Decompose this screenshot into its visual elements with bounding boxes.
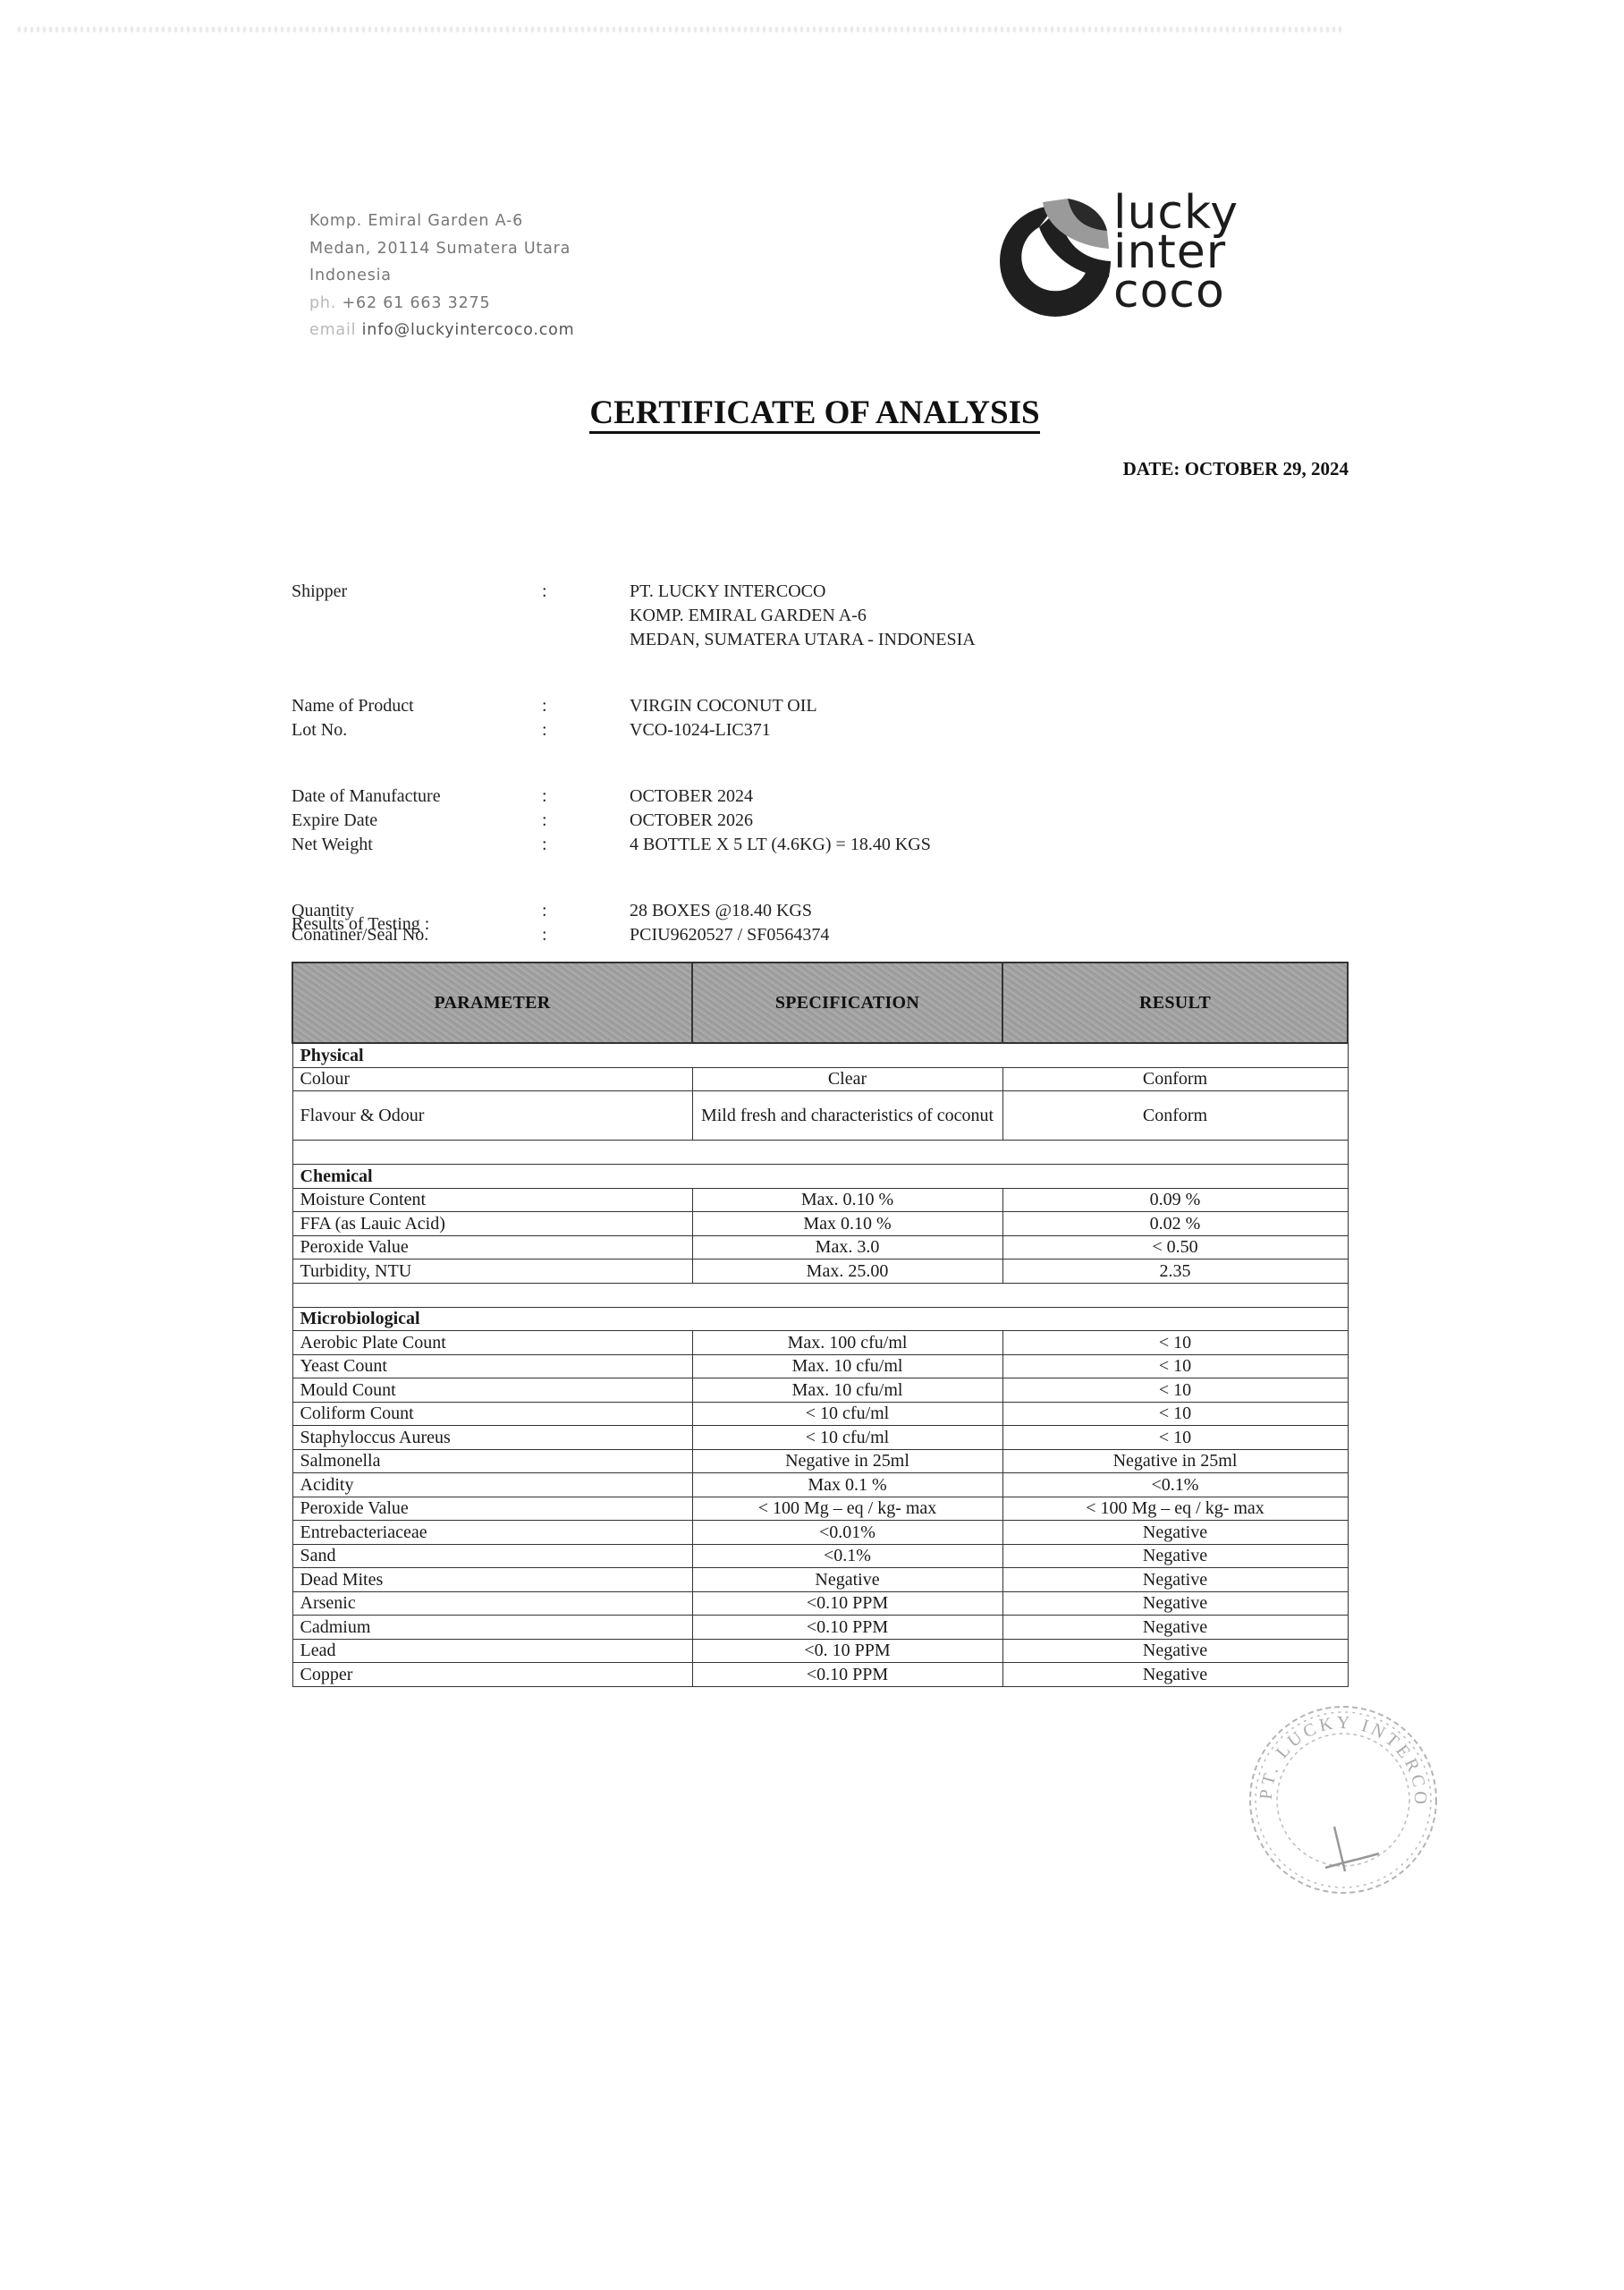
cell-parameter: Dead Mites	[292, 1568, 692, 1592]
cell-specification: < 100 Mg – eq / kg- max	[692, 1497, 1002, 1521]
lucky-intercoco-logo-mark-icon	[984, 190, 1127, 333]
table-section-row: Physical	[292, 1043, 1348, 1067]
field-label: Date of Manufacture	[292, 785, 542, 809]
table-row: Yeast CountMax. 10 cfu/ml< 10	[292, 1354, 1348, 1378]
field-colon: :	[542, 785, 630, 809]
field-label: Shipper	[292, 580, 542, 652]
cell-result: Negative	[1002, 1591, 1348, 1616]
document-title: CERTIFICATE OF ANALYSIS	[589, 394, 1039, 434]
table-header-row: PARAMETER SPECIFICATION RESULT	[292, 963, 1348, 1043]
cell-result: Negative	[1002, 1521, 1348, 1545]
cell-parameter: Aerobic Plate Count	[292, 1331, 692, 1355]
cell-parameter: Staphyloccus Aureus	[292, 1426, 692, 1450]
section-title: Microbiological	[292, 1307, 1348, 1331]
field-colon: :	[542, 694, 630, 718]
field-lot: Lot No. : VCO-1024-LIC371	[292, 718, 976, 742]
table-body: PhysicalColourClearConformFlavour & Odou…	[292, 1043, 1348, 1686]
table-row: Mould CountMax. 10 cfu/ml< 10	[292, 1378, 1348, 1403]
field-manufacture-date: Date of Manufacture : OCTOBER 2024	[292, 785, 976, 809]
field-value: 28 BOXES @18.40 KGS	[630, 899, 812, 923]
cell-specification: Max 0.1 %	[692, 1473, 1002, 1497]
table-spacer-row	[292, 1141, 1348, 1165]
shipment-details: Shipper : PT. LUCKY INTERCOCO KOMP. EMIR…	[292, 580, 976, 947]
field-shipper: Shipper : PT. LUCKY INTERCOCO KOMP. EMIR…	[292, 580, 976, 652]
table-row: Peroxide Value< 100 Mg – eq / kg- max< 1…	[292, 1497, 1348, 1521]
spacer-cell	[292, 1141, 1348, 1165]
cell-parameter: Entrebacteriaceae	[292, 1521, 692, 1545]
section-title: Chemical	[292, 1165, 1348, 1189]
cell-result: Negative	[1002, 1639, 1348, 1663]
company-address: Komp. Emiral Garden A-6 Medan, 20114 Sum…	[309, 208, 574, 344]
cell-specification: Mild fresh and characteristics of coconu…	[692, 1091, 1002, 1141]
field-colon: :	[542, 899, 630, 923]
cell-specification: < 10 cfu/ml	[692, 1426, 1002, 1450]
field-expire-date: Expire Date : OCTOBER 2026	[292, 809, 976, 833]
table-row: Dead MitesNegativeNegative	[292, 1568, 1348, 1592]
table-row: Arsenic<0.10 PPMNegative	[292, 1591, 1348, 1616]
field-value: PCIU9620527 / SF0564374	[630, 923, 829, 947]
phone-number: +62 61 663 3275	[343, 294, 491, 312]
field-value: VIRGIN COCONUT OIL	[630, 694, 817, 718]
cell-result: < 10	[1002, 1354, 1348, 1378]
table-row: Copper<0.10 PPMNegative	[292, 1663, 1348, 1687]
cell-parameter: Mould Count	[292, 1378, 692, 1403]
table-row: Aerobic Plate CountMax. 100 cfu/ml< 10	[292, 1331, 1348, 1355]
cell-parameter: Sand	[292, 1544, 692, 1568]
cell-result: Conform	[1002, 1067, 1348, 1091]
cell-result: Conform	[1002, 1091, 1348, 1141]
cell-specification: < 10 cfu/ml	[692, 1402, 1002, 1426]
cell-parameter: FFA (as Lauic Acid)	[292, 1212, 692, 1236]
results-of-testing-label: Results of Testing :	[292, 914, 429, 935]
cell-specification: <0.1%	[692, 1544, 1002, 1568]
scan-artifact-line	[18, 27, 1341, 32]
field-value: OCTOBER 2024	[630, 785, 753, 809]
cell-parameter: Arsenic	[292, 1591, 692, 1616]
table-row: SalmonellaNegative in 25mlNegative in 25…	[292, 1449, 1348, 1473]
table-row: Turbidity, NTUMax. 25.002.35	[292, 1259, 1348, 1284]
field-value: 4 BOTTLE X 5 LT (4.6KG) = 18.40 KGS	[630, 833, 931, 857]
cell-parameter: Turbidity, NTU	[292, 1259, 692, 1284]
field-label: Name of Product	[292, 694, 542, 718]
cell-parameter: Coliform Count	[292, 1402, 692, 1426]
table-row: Staphyloccus Aureus< 10 cfu/ml< 10	[292, 1426, 1348, 1450]
table-row: Moisture ContentMax. 0.10 %0.09 %	[292, 1188, 1348, 1212]
cell-specification: Negative in 25ml	[692, 1449, 1002, 1473]
table-row: Peroxide ValueMax. 3.0< 0.50	[292, 1235, 1348, 1259]
table-row: Lead<0. 10 PPMNegative	[292, 1639, 1348, 1663]
field-label: Expire Date	[292, 809, 542, 833]
spacer-cell	[292, 1283, 1348, 1307]
field-product: Name of Product : VIRGIN COCONUT OIL	[292, 694, 976, 718]
cell-specification: Max 0.10 %	[692, 1212, 1002, 1236]
cell-parameter: Lead	[292, 1639, 692, 1663]
table-row: Coliform Count< 10 cfu/ml< 10	[292, 1402, 1348, 1426]
cell-parameter: Peroxide Value	[292, 1497, 692, 1521]
field-colon: :	[542, 718, 630, 742]
cell-result: < 100 Mg – eq / kg- max	[1002, 1497, 1348, 1521]
cell-specification: <0. 10 PPM	[692, 1639, 1002, 1663]
table-row: Entrebacteriaceae<0.01%Negative	[292, 1521, 1348, 1545]
cell-result: Negative	[1002, 1568, 1348, 1592]
field-colon: :	[542, 580, 630, 652]
table-row: Flavour & OdourMild fresh and characteri…	[292, 1091, 1348, 1141]
email-line: email info@luckyintercoco.com	[309, 317, 574, 344]
cell-parameter: Colour	[292, 1067, 692, 1091]
field-value: VCO-1024-LIC371	[630, 718, 771, 742]
cell-specification: Max. 10 cfu/ml	[692, 1378, 1002, 1403]
cell-result: Negative	[1002, 1663, 1348, 1687]
cell-result: <0.1%	[1002, 1473, 1348, 1497]
cell-specification: Max. 0.10 %	[692, 1188, 1002, 1212]
cell-result: Negative	[1002, 1544, 1348, 1568]
cell-result: < 10	[1002, 1378, 1348, 1403]
cell-specification: Max. 10 cfu/ml	[692, 1354, 1002, 1378]
table-row: Cadmium<0.10 PPMNegative	[292, 1616, 1348, 1640]
table-section-row: Chemical	[292, 1165, 1348, 1189]
cell-specification: <0.01%	[692, 1521, 1002, 1545]
cell-specification: Clear	[692, 1067, 1002, 1091]
email-address: info@luckyintercoco.com	[362, 321, 575, 339]
logo-word-coco: coco	[1113, 272, 1239, 311]
cell-specification: <0.10 PPM	[692, 1616, 1002, 1640]
cell-specification: <0.10 PPM	[692, 1591, 1002, 1616]
cell-result: Negative	[1002, 1616, 1348, 1640]
field-value: OCTOBER 2026	[630, 809, 753, 833]
field-colon: :	[542, 809, 630, 833]
field-value: PT. LUCKY INTERCOCO KOMP. EMIRAL GARDEN …	[630, 580, 976, 652]
cell-result: Negative in 25ml	[1002, 1449, 1348, 1473]
header-result: RESULT	[1002, 963, 1348, 1043]
table-row: AcidityMax 0.1 %<0.1%	[292, 1473, 1348, 1497]
table-row: FFA (as Lauic Acid)Max 0.10 %0.02 %	[292, 1212, 1348, 1236]
company-logo: lucky inter coco	[984, 190, 1359, 333]
document-title-wrap: CERTIFICATE OF ANALYSIS	[0, 394, 1624, 432]
document-date: DATE: OCTOBER 29, 2024	[1123, 458, 1349, 480]
phone-line: ph. +62 61 663 3275	[309, 290, 574, 318]
cell-result: 0.09 %	[1002, 1188, 1348, 1212]
table-spacer-row	[292, 1283, 1348, 1307]
logo-wordmark: lucky inter coco	[1113, 193, 1239, 311]
cell-result: 0.02 %	[1002, 1212, 1348, 1236]
cell-specification: Max. 3.0	[692, 1235, 1002, 1259]
section-title: Physical	[292, 1043, 1348, 1067]
table-row: ColourClearConform	[292, 1067, 1348, 1091]
cell-parameter: Yeast Count	[292, 1354, 692, 1378]
cell-parameter: Peroxide Value	[292, 1235, 692, 1259]
cell-parameter: Moisture Content	[292, 1188, 692, 1212]
table-row: Sand<0.1%Negative	[292, 1544, 1348, 1568]
field-colon: :	[542, 833, 630, 857]
results-table: PARAMETER SPECIFICATION RESULT PhysicalC…	[292, 962, 1349, 1687]
cell-result: < 10	[1002, 1331, 1348, 1355]
cell-specification: <0.10 PPM	[692, 1663, 1002, 1687]
cell-specification: Max. 100 cfu/ml	[692, 1331, 1002, 1355]
phone-label: ph.	[309, 294, 336, 312]
field-label: Net Weight	[292, 833, 542, 857]
cell-parameter: Flavour & Odour	[292, 1091, 692, 1141]
field-label: Lot No.	[292, 718, 542, 742]
cell-parameter: Salmonella	[292, 1449, 692, 1473]
cell-parameter: Cadmium	[292, 1616, 692, 1640]
cell-result: < 10	[1002, 1426, 1348, 1450]
field-net-weight: Net Weight : 4 BOTTLE X 5 LT (4.6KG) = 1…	[292, 833, 976, 857]
email-label: email	[309, 321, 356, 339]
field-colon: :	[542, 923, 630, 947]
address-line-1: Komp. Emiral Garden A-6	[309, 208, 574, 235]
header-parameter: PARAMETER	[292, 963, 692, 1043]
cell-parameter: Acidity	[292, 1473, 692, 1497]
cell-result: < 0.50	[1002, 1235, 1348, 1259]
address-line-3: Indonesia	[309, 262, 574, 290]
cell-result: 2.35	[1002, 1259, 1348, 1284]
table-section-row: Microbiological	[292, 1307, 1348, 1331]
cell-specification: Negative	[692, 1568, 1002, 1592]
address-line-2: Medan, 20114 Sumatera Utara	[309, 235, 574, 263]
company-seal-stamp-icon: PT. LUCKY INTERCOCO • INDONESIA •	[1236, 1692, 1451, 1907]
cell-result: < 10	[1002, 1402, 1348, 1426]
cell-specification: Max. 25.00	[692, 1259, 1002, 1284]
cell-parameter: Copper	[292, 1663, 692, 1687]
header-specification: SPECIFICATION	[692, 963, 1002, 1043]
